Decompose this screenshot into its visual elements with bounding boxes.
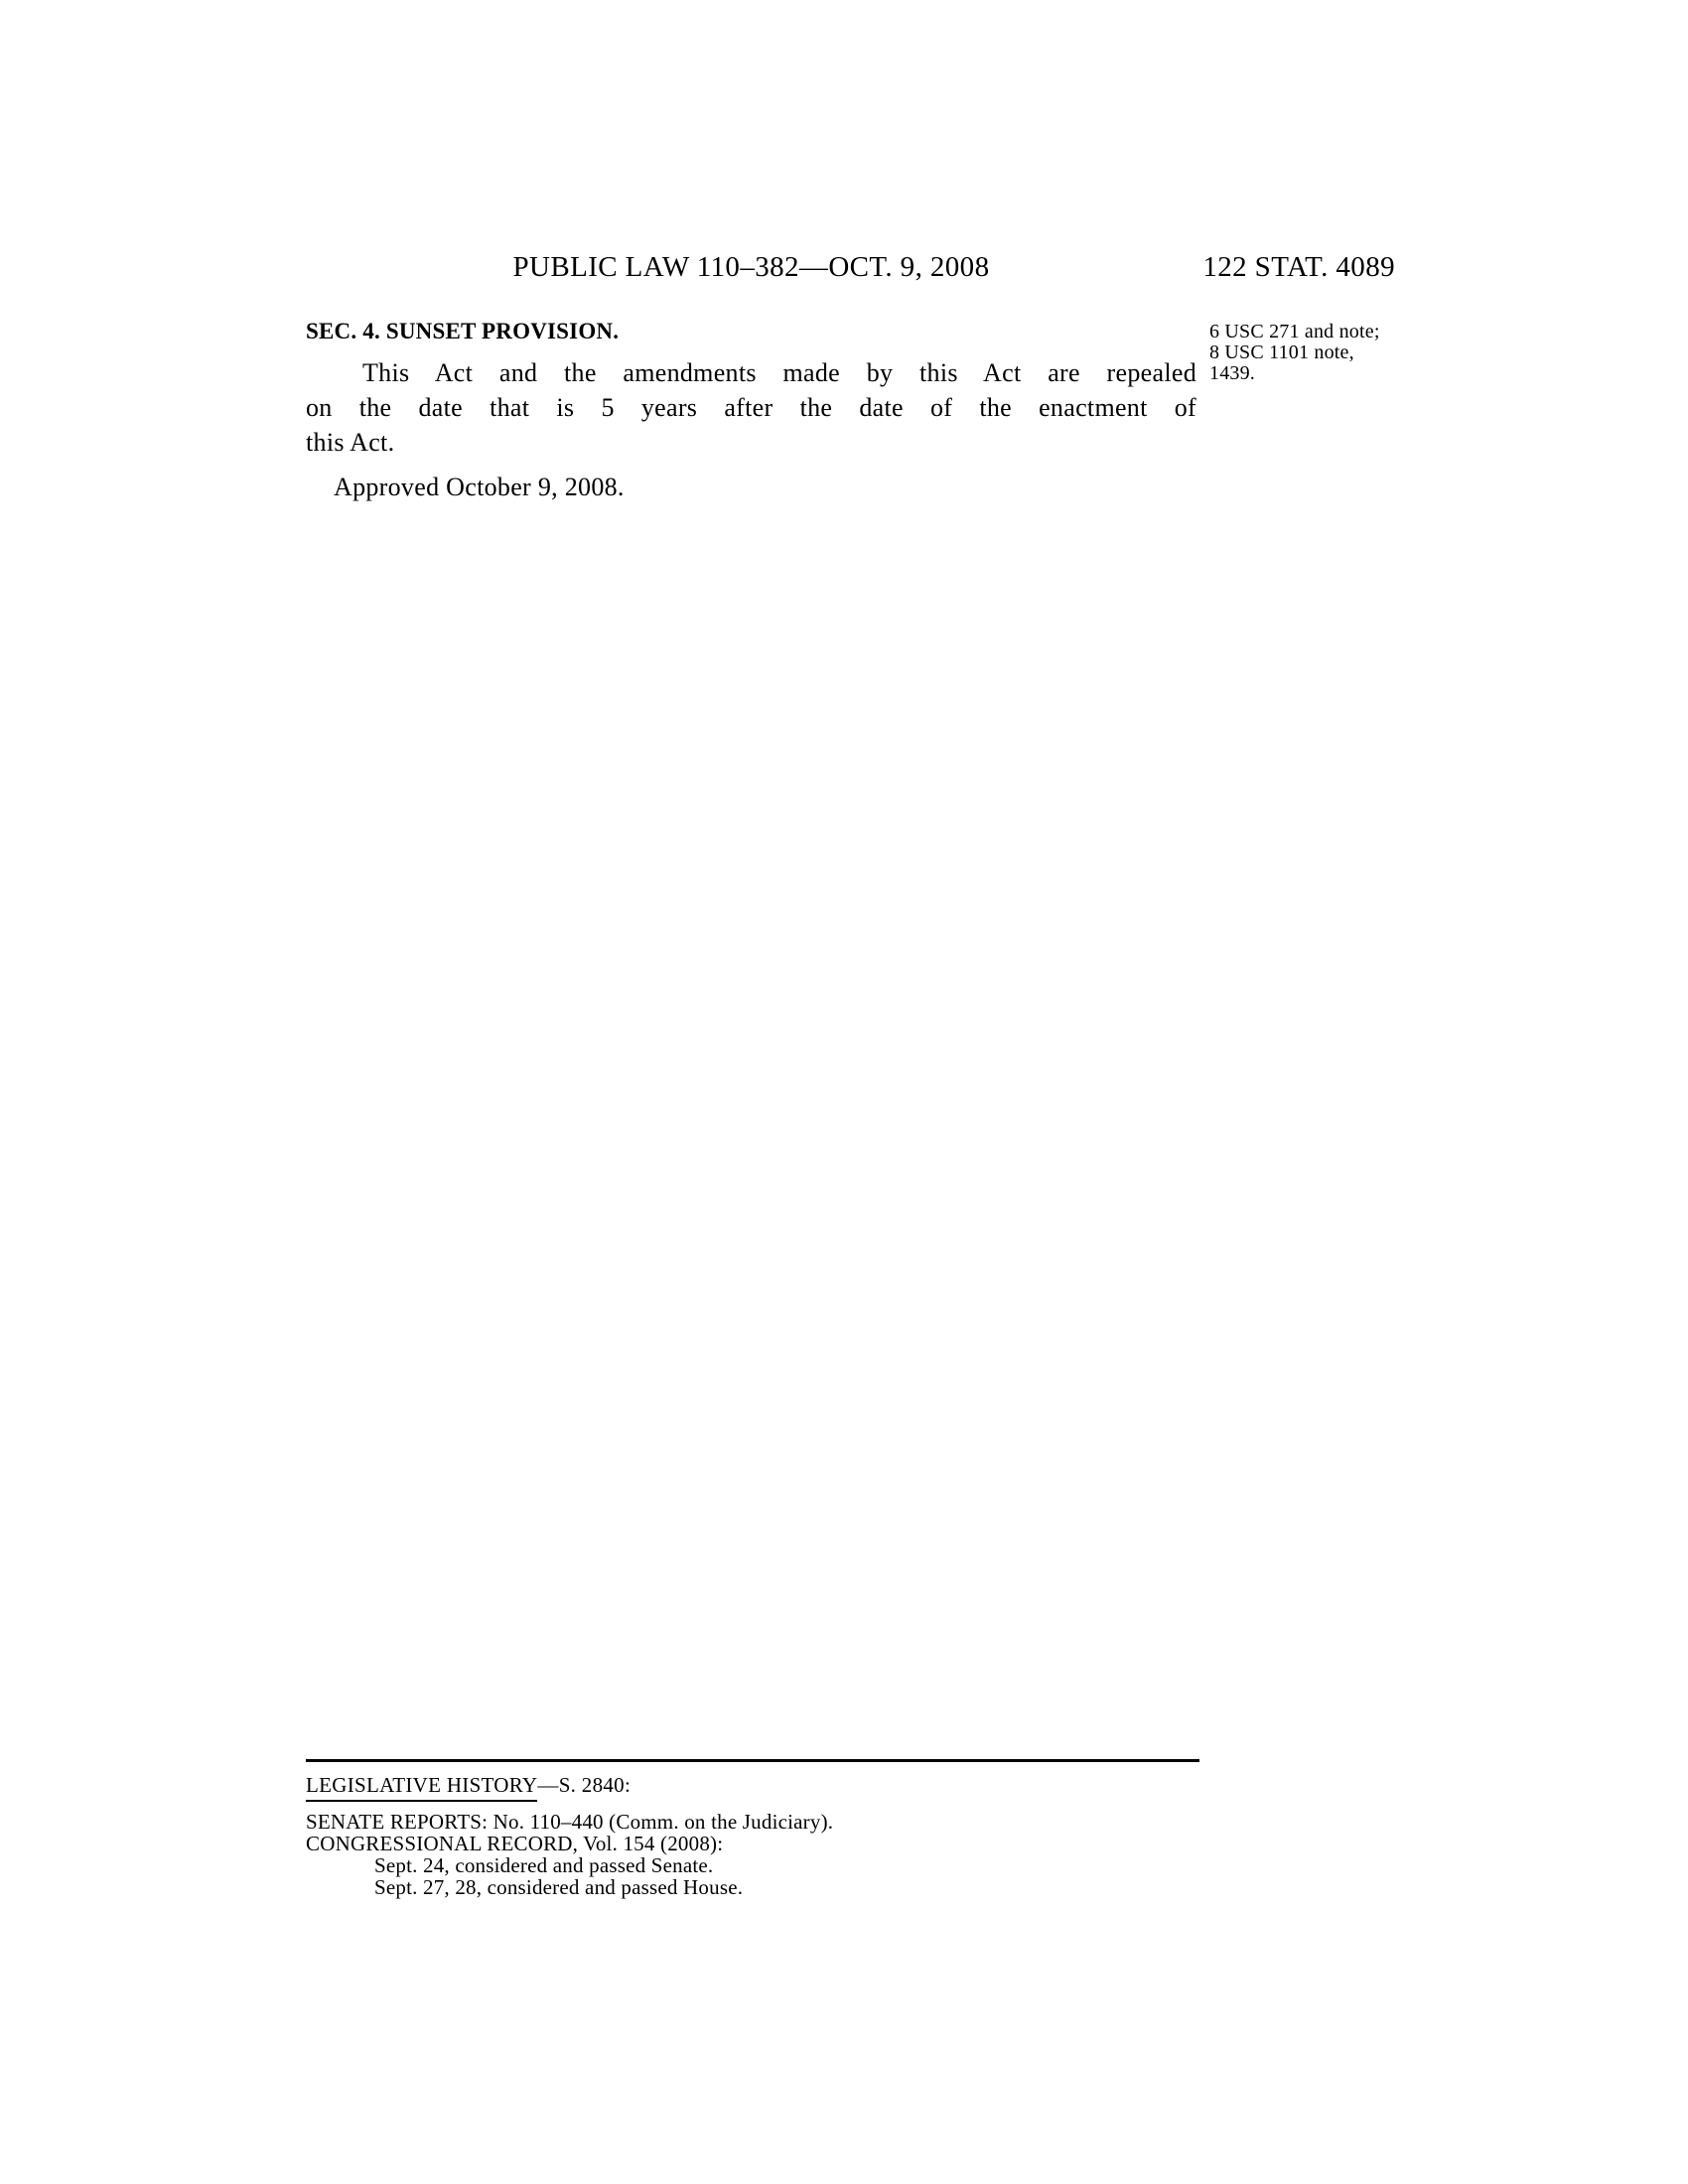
approval-line: Approved October 9, 2008. [334,473,625,502]
legislative-history-heading-underlined: LEGISLATIVE HISTORY [306,1773,537,1802]
legislative-history-entry: CONGRESSIONAL RECORD, Vol. 154 (2008): [306,1833,1199,1854]
legislative-history-entries: SENATE REPORTS: No. 110–440 (Comm. on th… [306,1811,1199,1898]
body-line: this Act. [306,425,1196,460]
running-head: PUBLIC LAW 110–382—OCT. 9, 2008 122 STAT… [306,250,1395,286]
horizontal-rule [306,1759,1199,1762]
legislative-history-entry: Sept. 27, 28, considered and passed Hous… [306,1876,1199,1898]
body-line: This Act and the amendments made by this… [306,355,1196,390]
section-body: This Act and the amendments made by this… [306,355,1196,460]
public-law-title: PUBLIC LAW 110–382—OCT. 9, 2008 [306,250,1196,284]
legislative-history-entry: Sept. 24, considered and passed Senate. [306,1854,1199,1876]
stat-page-citation: 122 STAT. 4089 [1202,250,1395,284]
legislative-history-heading-suffix: —S. 2840: [537,1773,631,1797]
statute-page: PUBLIC LAW 110–382—OCT. 9, 2008 122 STAT… [0,0,1688,2184]
legislative-history-heading: LEGISLATIVE HISTORY—S. 2840: [306,1773,1199,1798]
legislative-history-block: LEGISLATIVE HISTORY—S. 2840: SENATE REPO… [306,1759,1199,1898]
section-heading: SEC. 4. SUNSET PROVISION. [306,319,619,344]
legislative-history-entry: SENATE REPORTS: No. 110–440 (Comm. on th… [306,1811,1199,1833]
body-line: on the date that is 5 years after the da… [306,390,1196,425]
usc-margin-note: 6 USC 271 and note; 8 USC 1101 note, 143… [1209,322,1388,384]
